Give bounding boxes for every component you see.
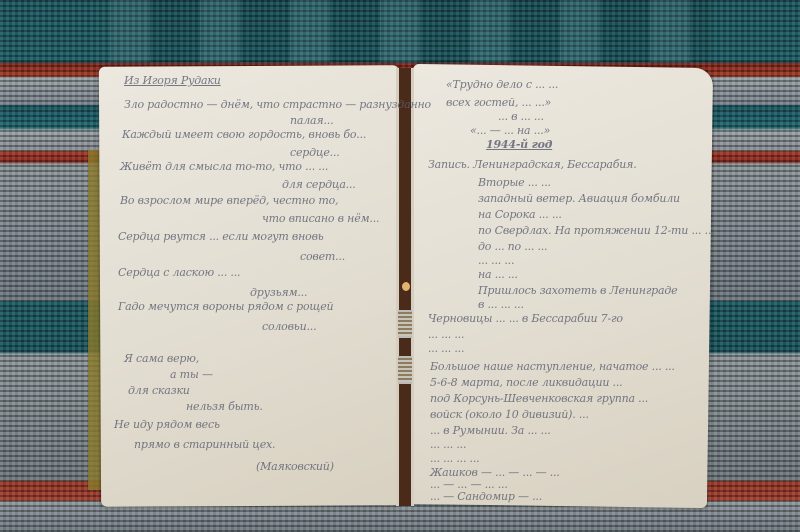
handwritten-line: Сердца рвутся ... если могут вновь <box>118 230 324 243</box>
handwritten-line: западный ветер. Авиация бомбили <box>478 192 680 205</box>
handwritten-line: ... ... ... ... <box>430 452 479 465</box>
handwritten-line: Зло радостно — днём, что страстно — разн… <box>124 98 431 111</box>
handwritten-line: до ... по ... ... <box>478 240 547 253</box>
handwritten-line: Во взрослом мире вперёд, честно то, <box>120 194 338 207</box>
handwritten-line: Я сама верю, <box>124 352 199 365</box>
handwritten-line: Не иду рядом весь <box>114 418 220 431</box>
handwritten-line: сердце... <box>290 146 340 159</box>
handwritten-line: Запись. Ленинградская, Бессарабия. <box>428 158 637 171</box>
handwritten-line: на ... ... <box>478 268 518 281</box>
handwritten-line: друзьям... <box>250 286 307 299</box>
handwritten-line: 5-6-8 марта, после ликвидации ... <box>430 376 622 389</box>
handwritten-line: соловьи... <box>262 320 316 333</box>
handwritten-line: Каждый имеет свою гордость, вновь бо... <box>122 128 366 141</box>
handwritten-line: Сердца с ласкою ... ... <box>118 266 240 279</box>
handwritten-line: Большое наше наступление, начатое ... ..… <box>430 360 675 373</box>
year-heading: 1944-й год <box>486 138 552 151</box>
handwritten-line: «Трудно дело с ... ... <box>446 78 558 91</box>
handwritten-line: ... — Сандомир — ... <box>430 490 542 503</box>
handwritten-line: «... — ... на ...» <box>470 124 550 137</box>
handwritten-line: ... ... ... <box>428 328 464 341</box>
handwritten-line: совет... <box>300 250 345 263</box>
handwritten-line: ... в Румынии. За ... ... <box>430 424 551 437</box>
handwritten-line: в ... ... ... <box>478 298 524 311</box>
handwritten-line: прямо в старинный цех. <box>134 438 275 451</box>
handwritten-line: Пришлось захотеть в Ленинграде <box>478 284 677 297</box>
handwritten-line: на Сорока ... ... <box>478 208 562 221</box>
spine-stitching <box>398 356 412 384</box>
handwritten-line: ... ... ... <box>428 342 464 355</box>
handwritten-line: для сердца... <box>282 178 356 191</box>
handwritten-line: по Свердлах. На протяжении 12-ти ... ... <box>478 224 715 237</box>
spine-stitching <box>398 310 412 338</box>
spine-hole <box>402 282 410 291</box>
handwritten-line: а ты — <box>170 368 213 381</box>
handwritten-line: ... ... ... <box>478 254 514 267</box>
left-page-heading: Из Игоря Рудаки <box>124 74 221 87</box>
handwritten-line: ... ... ... <box>430 438 466 451</box>
handwritten-line: что вписано в нём... <box>262 212 379 225</box>
handwritten-line: Черновицы ... ... в Бессарабии 7-го <box>428 312 623 325</box>
handwritten-line: всех гостей, ... ...» <box>446 96 551 109</box>
handwritten-line: под Корсунь-Шевченковская группа ... <box>430 392 648 405</box>
handwritten-line: нельзя быть. <box>186 400 263 413</box>
blanket-checker-pattern <box>110 0 710 62</box>
handwritten-line: Гадо мечутся вороны рядом с рощей <box>118 300 333 313</box>
handwritten-line: Вторые ... ... <box>478 176 551 189</box>
handwritten-line: (Маяковский) <box>256 460 334 473</box>
handwritten-line: для сказки <box>128 384 190 397</box>
handwritten-line: ... в ... ... <box>498 110 544 123</box>
handwritten-line: палая... <box>290 114 333 127</box>
handwritten-line: Живёт для смысла то-то, что ... ... <box>120 160 328 173</box>
handwritten-line: войск (около 10 дивизий). ... <box>430 408 589 421</box>
